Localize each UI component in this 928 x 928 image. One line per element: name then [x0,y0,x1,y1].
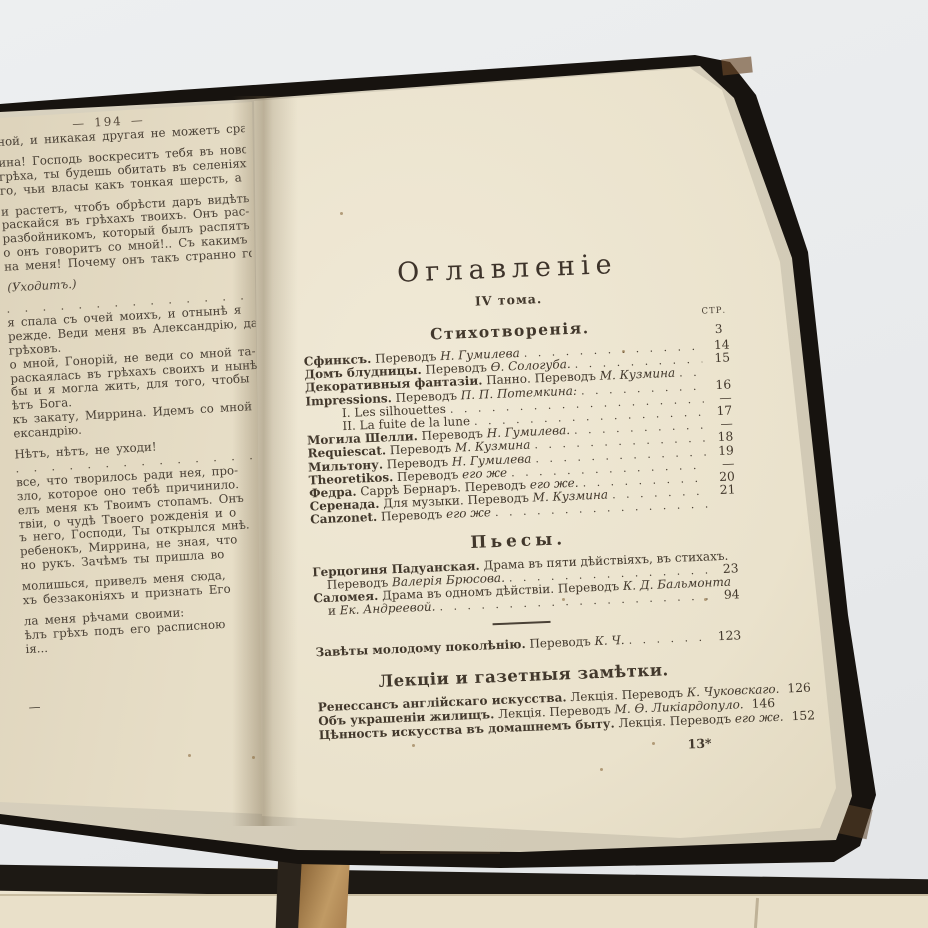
foxing-speck [562,598,565,601]
page-number: 94 [711,589,740,603]
table-of-contents: Оглавленіе IV тома. Стихотворенія.СТР.3С… [288,245,746,767]
entry-translator: его же. [735,710,784,726]
left-page-text: — 194 —ной, и никакая другая не можетъ с… [0,108,285,715]
foxing-speck [622,350,625,353]
toc-section: Лекціи и газетныя замѣтки.Ренессансъ анг… [304,657,744,743]
page-number: 146 [751,696,775,711]
entry-title: Canzonet. [310,511,377,527]
foxing-speck [652,742,655,745]
foxing-speck [188,754,191,757]
page-number [708,507,736,508]
foxing-speck [340,212,343,215]
page-number: 126 [787,680,811,695]
page-number: 21 [707,484,736,498]
leader-dots: . . . . . . . . . . . . . . . . . . . . … [675,366,703,380]
foxing-speck [412,744,415,747]
toc-section: Пьесы.Герцогиня Падуанская. Драма въ пят… [299,522,740,633]
column-header-page: СТР. [701,306,726,317]
underlying-book-corner-edge [298,855,350,928]
toc-section: Завѣты молодому поколѣнію. Переводъ К. Ч… [303,630,741,661]
cover-wear-top-right [721,56,753,75]
page-number: 15 [702,352,731,366]
entry-translator: Ек. Андреевой. [339,601,435,618]
page-number: 123 [713,630,742,644]
underlying-book-pages [0,894,928,928]
entry-text: и [328,605,340,619]
entry-text: Переводъ [377,508,446,524]
toc-sections: Стихотворенія.СТР.3Сфинксъ. Переводъ Н. … [291,313,745,744]
leader-dots: . . . . . . . . . . . . . . . . . . . . … [624,631,713,648]
section-page-number: 3 [714,322,724,336]
foxing-speck [704,598,707,601]
section-divider [493,621,551,625]
entry-text: Переводъ [525,636,594,652]
foxing-speck [600,768,603,771]
entry-translator: его же [446,507,491,522]
entry-translator: К. Ч. [594,634,625,648]
toc-section: Стихотворенія.СТР.3Сфинксъ. Переводъ Н. … [291,313,737,528]
foxing-speck [252,756,255,759]
entry-title: Завѣты молодому поколѣнію. [315,638,526,660]
page-number: 152 [791,708,815,723]
page-number [703,375,731,376]
toc-entry: Завѣты молодому поколѣнію. Переводъ К. Ч… [303,630,741,661]
